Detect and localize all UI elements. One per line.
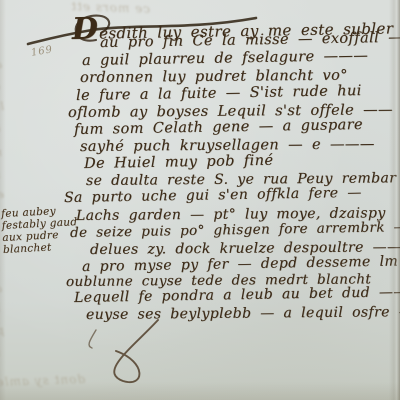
folio-number: 169 bbox=[30, 44, 54, 59]
margin-note: feu aubeyfestably gaudaux pudreblanchet bbox=[1, 204, 79, 256]
bleed-through-fragment: mes avl bbox=[0, 146, 2, 161]
page-edge-right bbox=[389, 0, 400, 400]
bleed-through-fragment: en bas q bbox=[0, 188, 4, 203]
bleed-through-fragment: ame su d bbox=[0, 282, 2, 297]
bleed-through-fragment: dont sy amle bee bbox=[0, 372, 85, 390]
text-line: sayhé puch kruysellagen — e ——— bbox=[80, 136, 375, 155]
text-line: le fure a la fuite — S'ist rude hui bbox=[76, 83, 362, 104]
bleed-through-fragment: povre a s bbox=[0, 324, 4, 339]
manuscript-page: ce mors etta dunseet fame bles oyt ddu p… bbox=[0, 0, 400, 400]
bleed-through-fragment: les oyt d bbox=[0, 100, 4, 115]
bleed-through-fragment: a dunse bbox=[0, 58, 2, 73]
text-line: a guil plaurreu de fselagure ——— bbox=[82, 48, 368, 69]
margin-note-line: blanchet bbox=[3, 240, 79, 256]
text-line: De Huiel muy pob finé bbox=[84, 153, 274, 172]
text-line: euyse ses beylyplebb — a lequil osfre —— bbox=[86, 304, 400, 323]
